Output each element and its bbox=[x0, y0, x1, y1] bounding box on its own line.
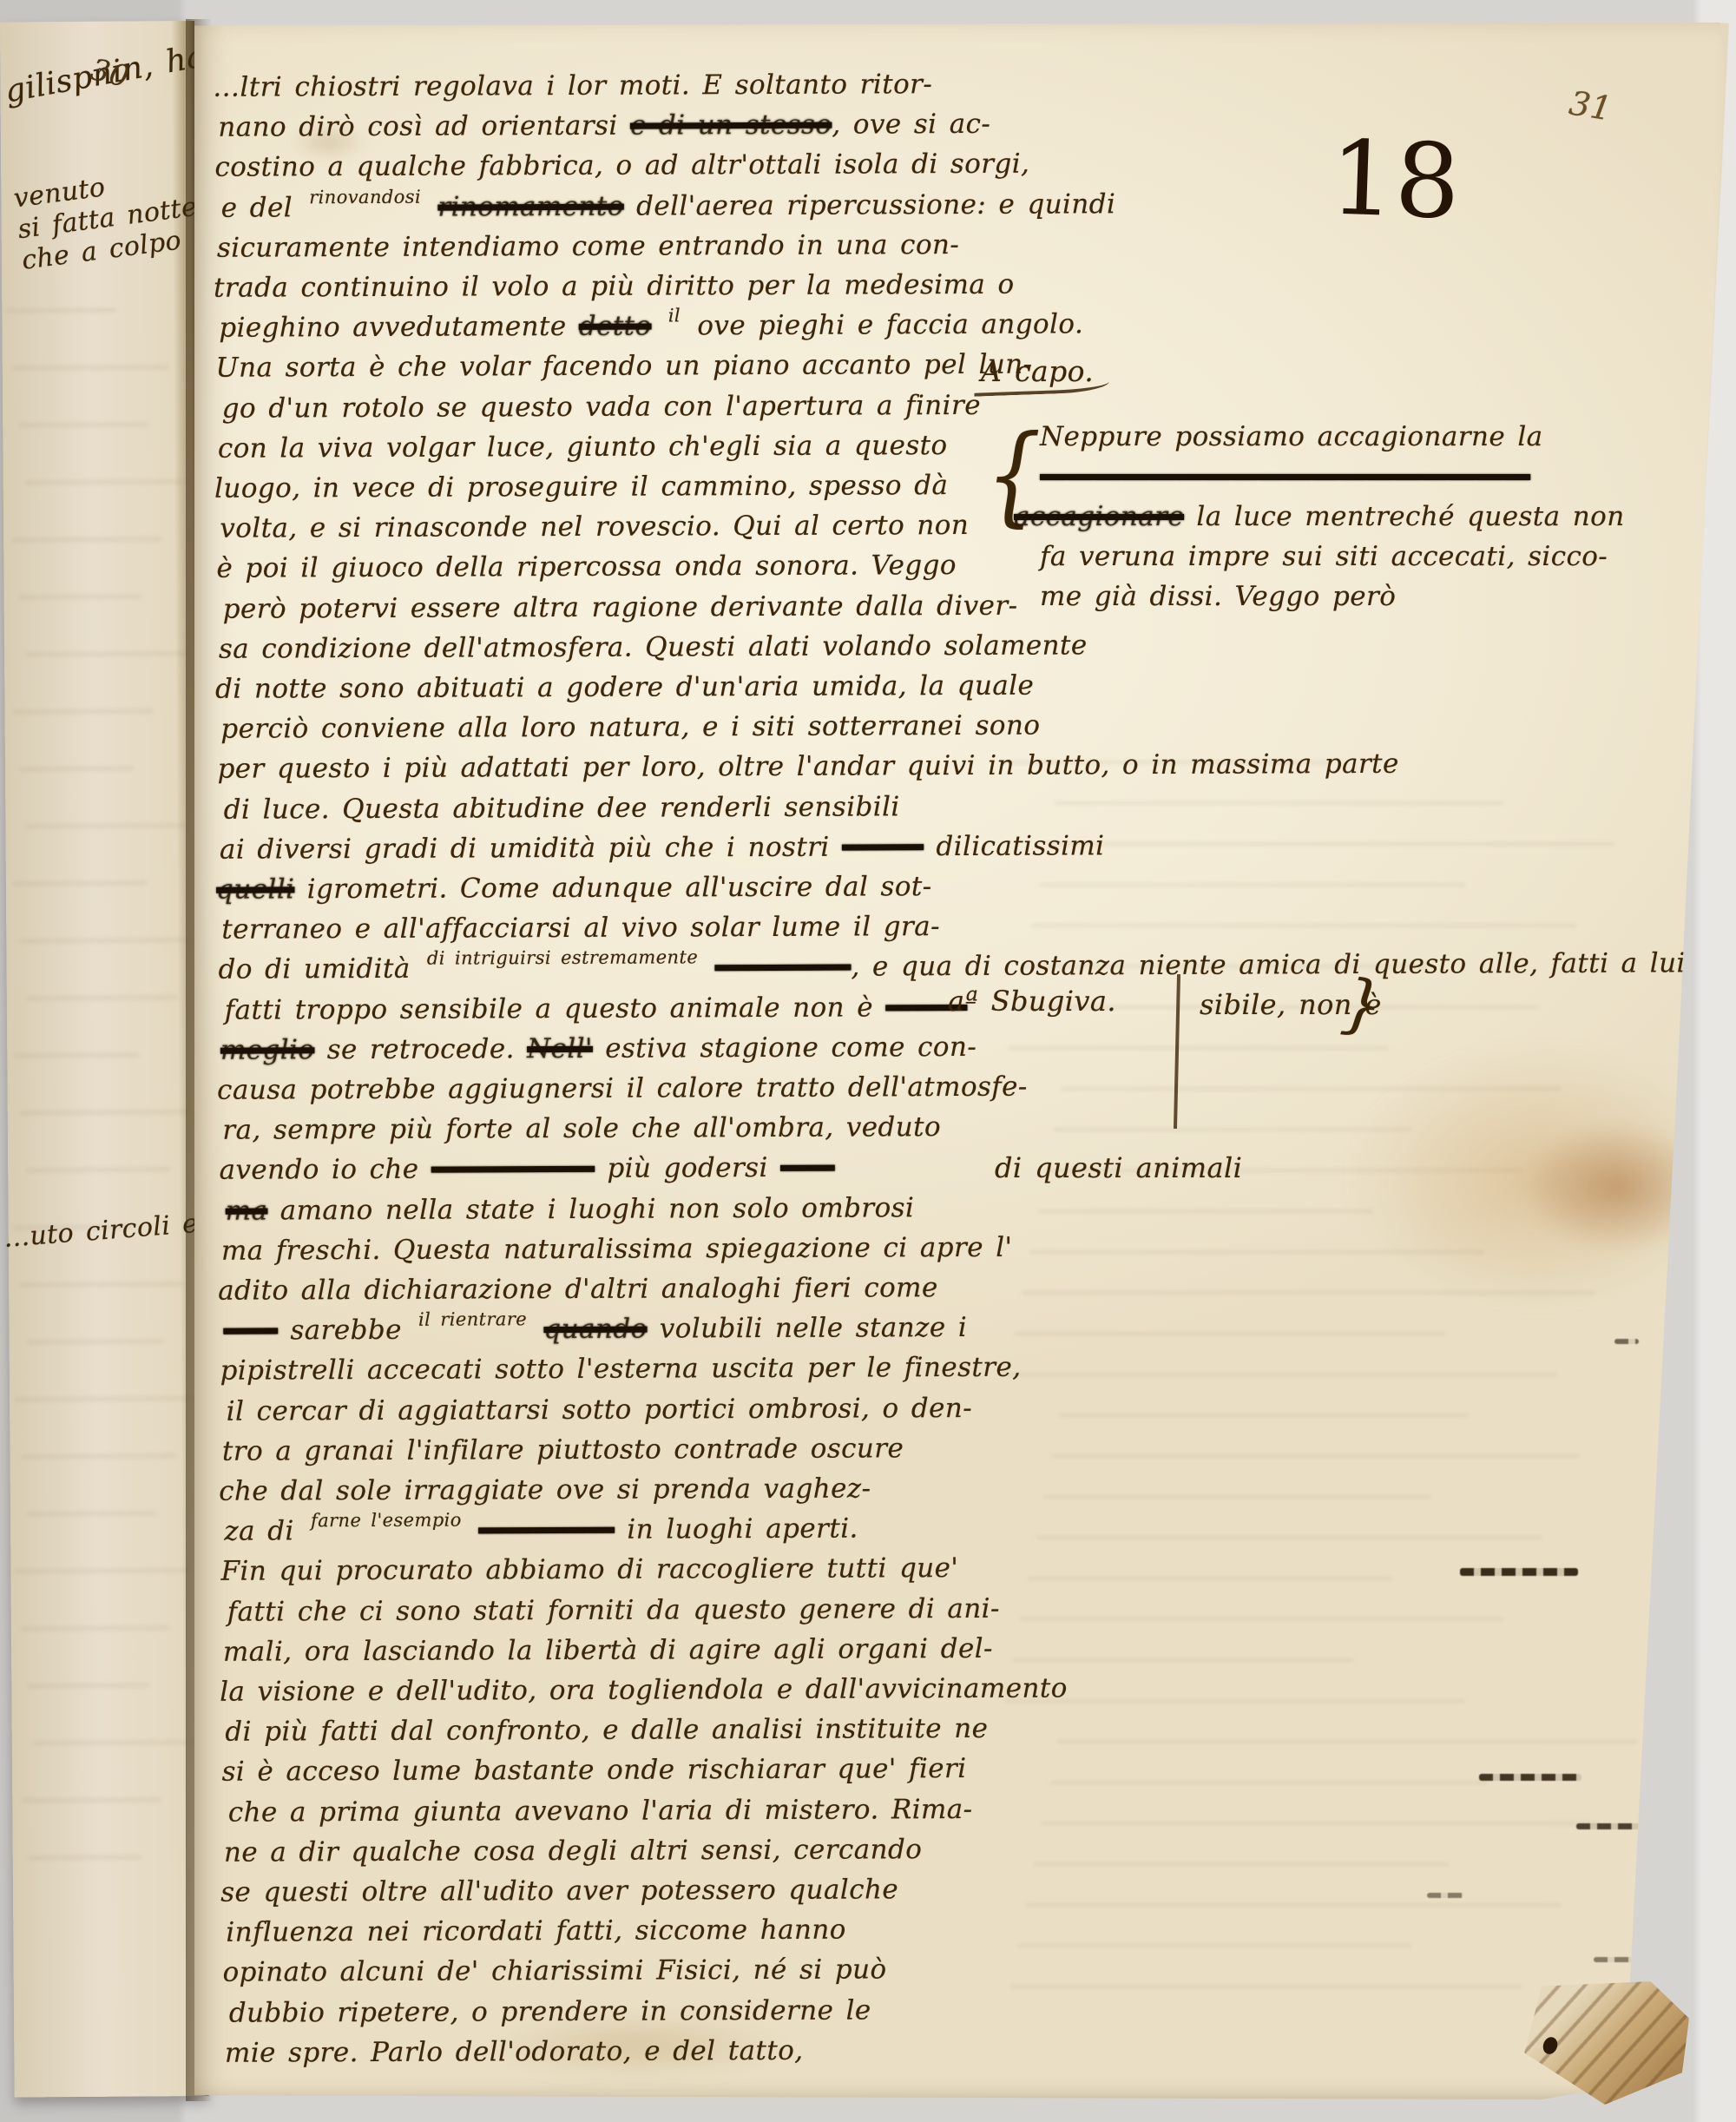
margin-annotation-line: me già dissi. Veggo però bbox=[1040, 582, 1396, 611]
left-page: gilispnin, ha 30 venuto si fatta notte c… bbox=[0, 21, 209, 2098]
margin-annotation-line: —————————————————— bbox=[1040, 462, 1530, 491]
struck-text: —————————————————— bbox=[1040, 461, 1530, 492]
manuscript-line: però potervi essere altra ragione deriva… bbox=[223, 590, 1018, 623]
manuscript-line: e del rinovandosi rinomamento dell'aerea… bbox=[221, 189, 1116, 225]
manuscript-line: meglio se retrocede. Nell' estiva stagio… bbox=[220, 1032, 976, 1065]
manuscript-line: Fin qui procurato abbiamo di raccogliere… bbox=[220, 1553, 958, 1586]
bleedthrough-line bbox=[5, 308, 116, 313]
manuscript-line: è poi il giuoco della ripercossa onda so… bbox=[216, 550, 957, 583]
bleedthrough-line bbox=[13, 708, 155, 714]
bleedthrough-line bbox=[14, 1396, 197, 1401]
bleedthrough-line bbox=[34, 1740, 201, 1745]
manuscript-line: do di umidità di intriguirsi estremament… bbox=[218, 948, 1736, 987]
bleedthrough-line bbox=[28, 1855, 141, 1860]
struck-text: ————— bbox=[478, 1514, 615, 1546]
annotation-di-questi-animali: di questi animali bbox=[995, 1151, 1242, 1184]
manuscript-line: quelli igrometri. Come adunque all'uscir… bbox=[216, 872, 932, 905]
bleedthrough-line bbox=[26, 1167, 171, 1172]
bleedthrough-line bbox=[21, 1797, 161, 1802]
interlinear-text: il rientrare bbox=[418, 1308, 527, 1330]
manuscript-line: sicuramente intendiamo come entrando in … bbox=[217, 230, 959, 263]
bleedthrough-line bbox=[19, 594, 141, 599]
manuscript-line: il cercar di aggiattarsi sotto portici o… bbox=[227, 1394, 972, 1427]
struck-text: meglio bbox=[220, 1034, 315, 1065]
bleedthrough-line bbox=[27, 1339, 164, 1344]
manuscript-line: fatti che ci sono stati forniti da quest… bbox=[227, 1593, 1000, 1626]
manuscript-line: —— sarebbe il rientrare quando volubili … bbox=[223, 1313, 967, 1348]
struck-text: accagionare bbox=[1014, 501, 1184, 532]
struck-text: —————— bbox=[431, 1153, 595, 1185]
manuscript-line: ma freschi. Questa naturalissima spiegaz… bbox=[221, 1233, 1013, 1266]
manuscript-line: adito alla dichiarazione d'altri analogh… bbox=[218, 1273, 938, 1306]
bleedthrough-line bbox=[18, 422, 148, 427]
manuscript-line: per questo i più adattati per loro, oltr… bbox=[217, 749, 1398, 784]
bleedthrough-line bbox=[13, 880, 147, 886]
manuscript-line: nano dirò così ad orientarsi e di un ste… bbox=[218, 109, 990, 142]
interlinear-text: rinovandosi bbox=[309, 186, 421, 208]
struck-text: —— bbox=[780, 1152, 835, 1183]
manuscript-line: Una sorta è che volar facendo un piano a… bbox=[215, 350, 1032, 383]
ink-dash bbox=[1460, 1568, 1578, 1576]
manuscript-line: tro a granai l'infilare piuttosto contra… bbox=[222, 1433, 904, 1466]
main-text-block: …ltri chiostri regolava i lor moti. E so… bbox=[190, 19, 1730, 2103]
manuscript-line: …ltri chiostri regolava i lor moti. E so… bbox=[213, 69, 932, 102]
manuscript-line: si è acceso lume bastante onde rischiara… bbox=[221, 1754, 966, 1787]
manuscript-line: costino a qualche fabbrica, o ad altr'ot… bbox=[214, 149, 1029, 182]
ink-dash bbox=[1427, 1893, 1463, 1898]
interlinear-text: il bbox=[668, 306, 681, 326]
bleedthrough-line bbox=[14, 1568, 189, 1573]
bleedthrough-line bbox=[27, 1511, 156, 1516]
bleedthrough-line bbox=[19, 938, 199, 943]
manuscript-line: pipistrelli accecati sotto l'esterna usc… bbox=[220, 1353, 1021, 1386]
manuscript-line: za di farne l'esempio ————— in luoghi ap… bbox=[224, 1514, 858, 1549]
manuscript-line: fatti troppo sensibile a questo animale … bbox=[225, 992, 968, 1025]
manuscript-line: terraneo e all'affacciarsi al vivo solar… bbox=[221, 912, 940, 945]
manuscript-scan: gilispnin, ha 30 venuto si fatta notte c… bbox=[0, 0, 1736, 2122]
struck-text: quelli bbox=[216, 873, 294, 905]
bleedthrough-line bbox=[25, 823, 186, 828]
manuscript-line: influenza nei ricordati fatti, siccome h… bbox=[226, 1915, 846, 1947]
bleedthrough-line bbox=[25, 479, 201, 484]
bleedthrough-line bbox=[21, 1625, 169, 1631]
struck-text: —— bbox=[223, 1315, 278, 1347]
manuscript-line: ma amano nella state i luoghi non solo o… bbox=[226, 1193, 915, 1225]
manuscript-line: trada continuino il volo a più diritto p… bbox=[214, 270, 1015, 303]
bleedthrough-line bbox=[20, 1282, 184, 1287]
bleedthrough-line bbox=[13, 1052, 139, 1058]
manuscript-line: di notte sono abituati a godere d'un'ari… bbox=[215, 671, 1034, 704]
margin-annotation-line: fa veruna impre sui siti accecati, sicco… bbox=[1040, 542, 1608, 571]
manuscript-line: di luce. Questa abitudine dee renderli s… bbox=[224, 792, 900, 824]
bleedthrough-line bbox=[21, 1453, 177, 1459]
manuscript-line: perciò conviene alla loro natura, e i si… bbox=[220, 711, 1040, 744]
manuscript-line: volta, e si rinasconde nel rovescio. Qui… bbox=[220, 511, 969, 544]
margin-annotation-line: accagionare la luce mentreché questa non bbox=[1014, 502, 1625, 531]
manuscript-line: che dal sole irraggiate ove si prenda va… bbox=[219, 1473, 871, 1506]
struck-text: ——— bbox=[842, 831, 924, 862]
bleedthrough-line bbox=[27, 1683, 148, 1688]
manuscript-line: sa condizione dell'atmosfera. Questi ala… bbox=[219, 630, 1088, 663]
manuscript-line: causa potrebbe aggiugnersi il calore tra… bbox=[217, 1072, 1028, 1105]
ink-dash bbox=[1594, 1957, 1644, 1962]
annotation-sbugiva: aª Sbugiva. bbox=[948, 985, 1116, 1018]
manuscript-line: mie spre. Parlo dell'odorato, e del tatt… bbox=[225, 2036, 804, 2068]
manuscript-line: che a prima giunta avevano l'aria di mis… bbox=[228, 1795, 973, 1828]
right-page: 18 31 …ltri chiostri regolava i lor moti… bbox=[194, 23, 1726, 2099]
bleedthrough-text bbox=[0, 21, 194, 23]
manuscript-line: di più fatti dal confronto, e dalle anal… bbox=[225, 1714, 988, 1747]
ink-dash bbox=[1479, 1774, 1581, 1781]
struck-text: ma bbox=[226, 1195, 268, 1226]
interlinear-text: farne l'esempio bbox=[311, 1510, 462, 1532]
manuscript-line: pieghino avvedutamente detto il ove pieg… bbox=[219, 310, 1083, 346]
manuscript-line: mali, ora lasciando la libertà di agire … bbox=[223, 1634, 993, 1667]
ink-dash bbox=[1576, 1823, 1651, 1829]
bleedthrough-line bbox=[25, 651, 194, 656]
manuscript-line: go d'un rotolo se questo vada con l'aper… bbox=[222, 390, 981, 423]
struck-text: rinomamento bbox=[437, 190, 624, 222]
struck-text: ————— bbox=[714, 952, 851, 984]
struck-text: detto bbox=[579, 311, 652, 342]
manuscript-line: ai diversi gradi di umidità più che i no… bbox=[220, 831, 1105, 864]
bleedthrough-line bbox=[20, 1110, 192, 1115]
interlinear-text: di intriguirsi estremamente bbox=[427, 947, 698, 969]
manuscript-line: luogo, in vece di proseguire il cammino,… bbox=[214, 471, 948, 504]
struck-text: Nell' bbox=[527, 1033, 593, 1064]
manuscript-line: se questi oltre all'udito aver potessero… bbox=[220, 1875, 898, 1907]
bleedthrough-line bbox=[26, 995, 179, 1000]
bleedthrough-line bbox=[12, 365, 169, 370]
manuscript-line: opinato alcuni de' chiarissimi Fisici, n… bbox=[222, 1955, 886, 1987]
manuscript-line: avendo io che —————— più godersi —— bbox=[219, 1153, 834, 1185]
bleedthrough-line bbox=[19, 767, 134, 772]
manuscript-line: ne a dir qualche cosa degli altri sensi,… bbox=[224, 1835, 922, 1868]
ink-dash bbox=[1614, 1339, 1639, 1344]
struck-text: quando bbox=[543, 1314, 647, 1346]
manuscript-line: la visione e dell'udito, ora togliendola… bbox=[220, 1673, 1068, 1706]
manuscript-line: dubbio ripetere, o prendere in considern… bbox=[229, 1995, 871, 2027]
margin-annotation-line: Neppure possiamo accagionarne la bbox=[1040, 422, 1543, 451]
manuscript-line: con la viva volgar luce, giunto ch'egli … bbox=[218, 431, 948, 464]
bleedthrough-line bbox=[12, 537, 161, 542]
struck-text: e di un stesso bbox=[630, 109, 832, 142]
manuscript-line: ra, sempre più forte al sole che all'omb… bbox=[222, 1112, 941, 1145]
